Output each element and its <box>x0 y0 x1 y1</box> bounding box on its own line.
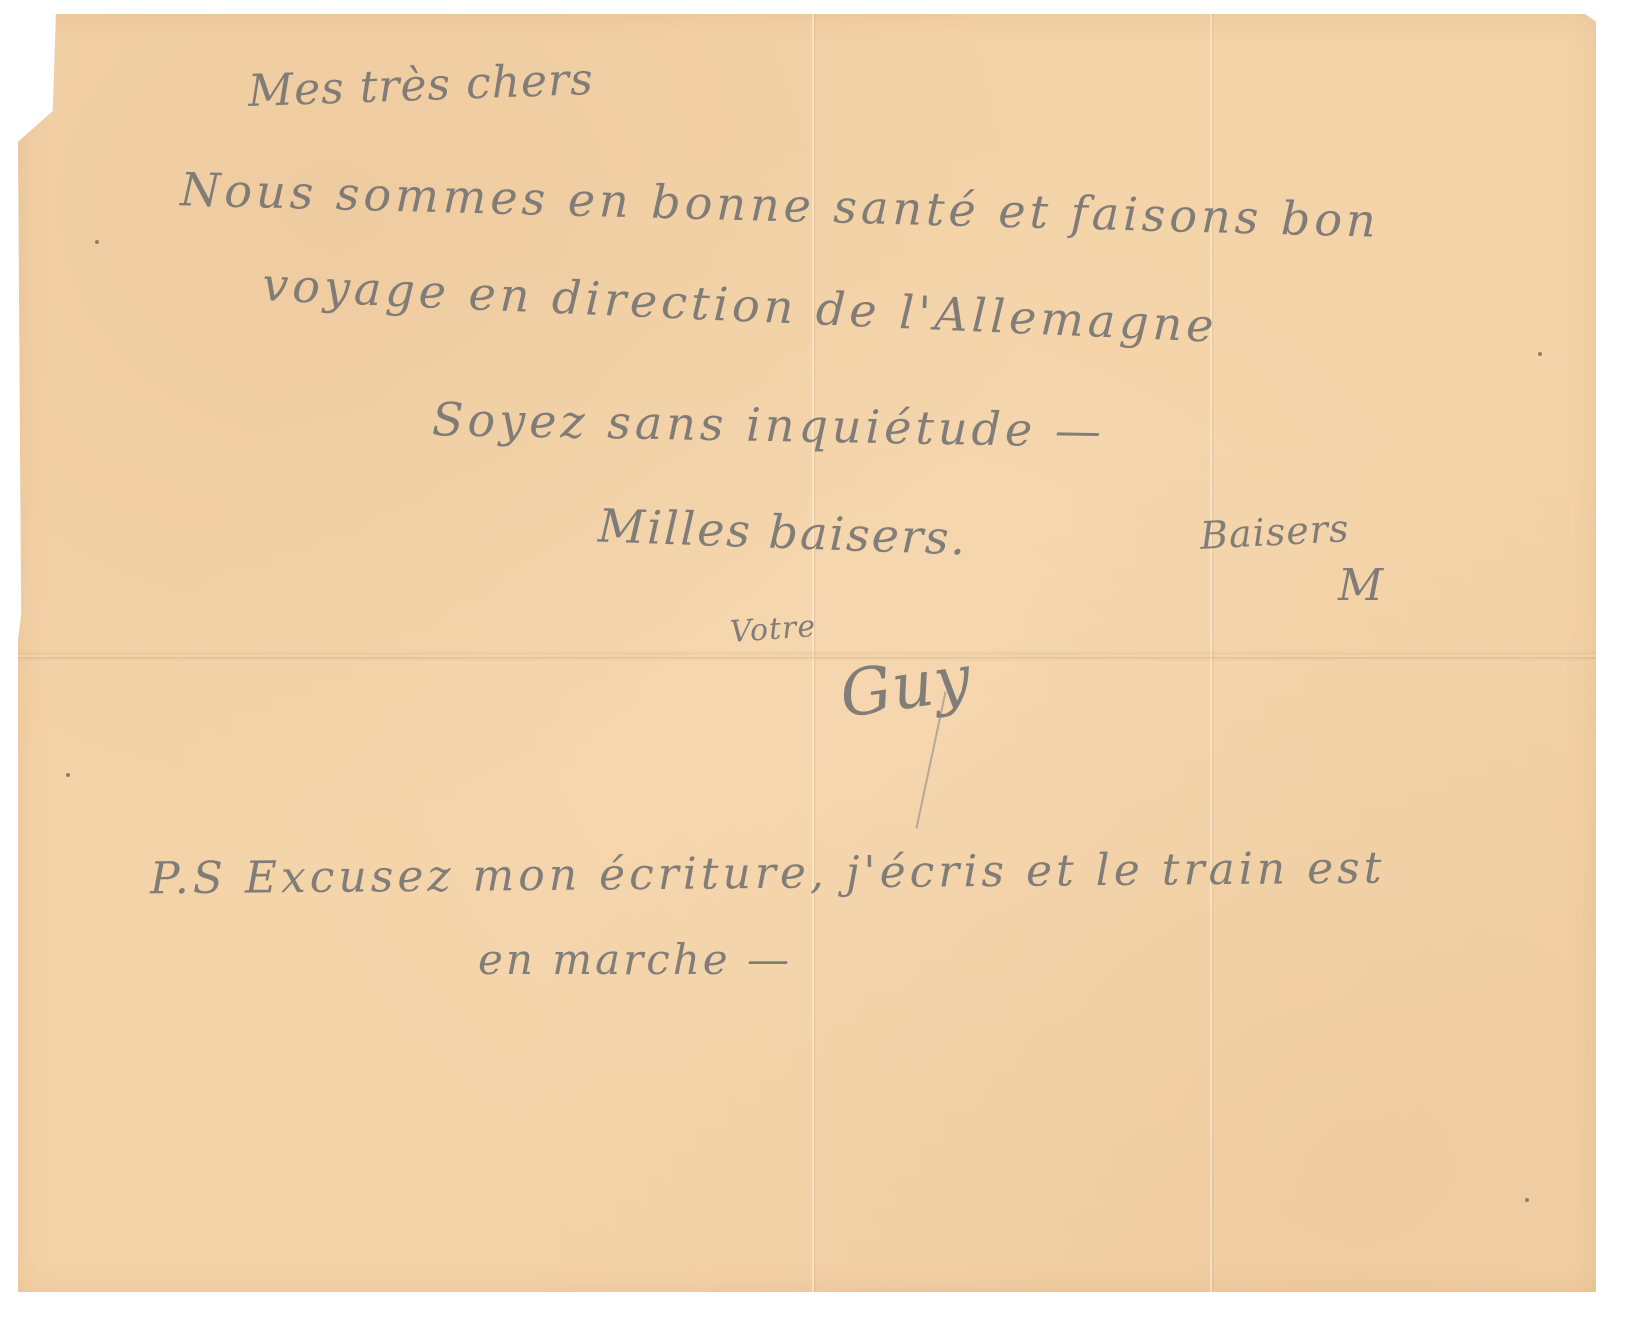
paper-speck <box>1538 352 1542 356</box>
paper-speck <box>66 773 70 777</box>
side-note-baisers: Baisers <box>1199 506 1350 558</box>
paper-speck <box>1525 1198 1529 1202</box>
postscript-line-2: en marche — <box>478 935 792 984</box>
postscript-line-1: P.S Excusez mon écriture, j'écris et le … <box>150 843 1386 905</box>
closing-votre: Votre <box>729 609 817 650</box>
paper-speck <box>95 240 99 244</box>
crease-shadow <box>18 650 1596 662</box>
side-note-initial: M <box>1338 560 1384 611</box>
